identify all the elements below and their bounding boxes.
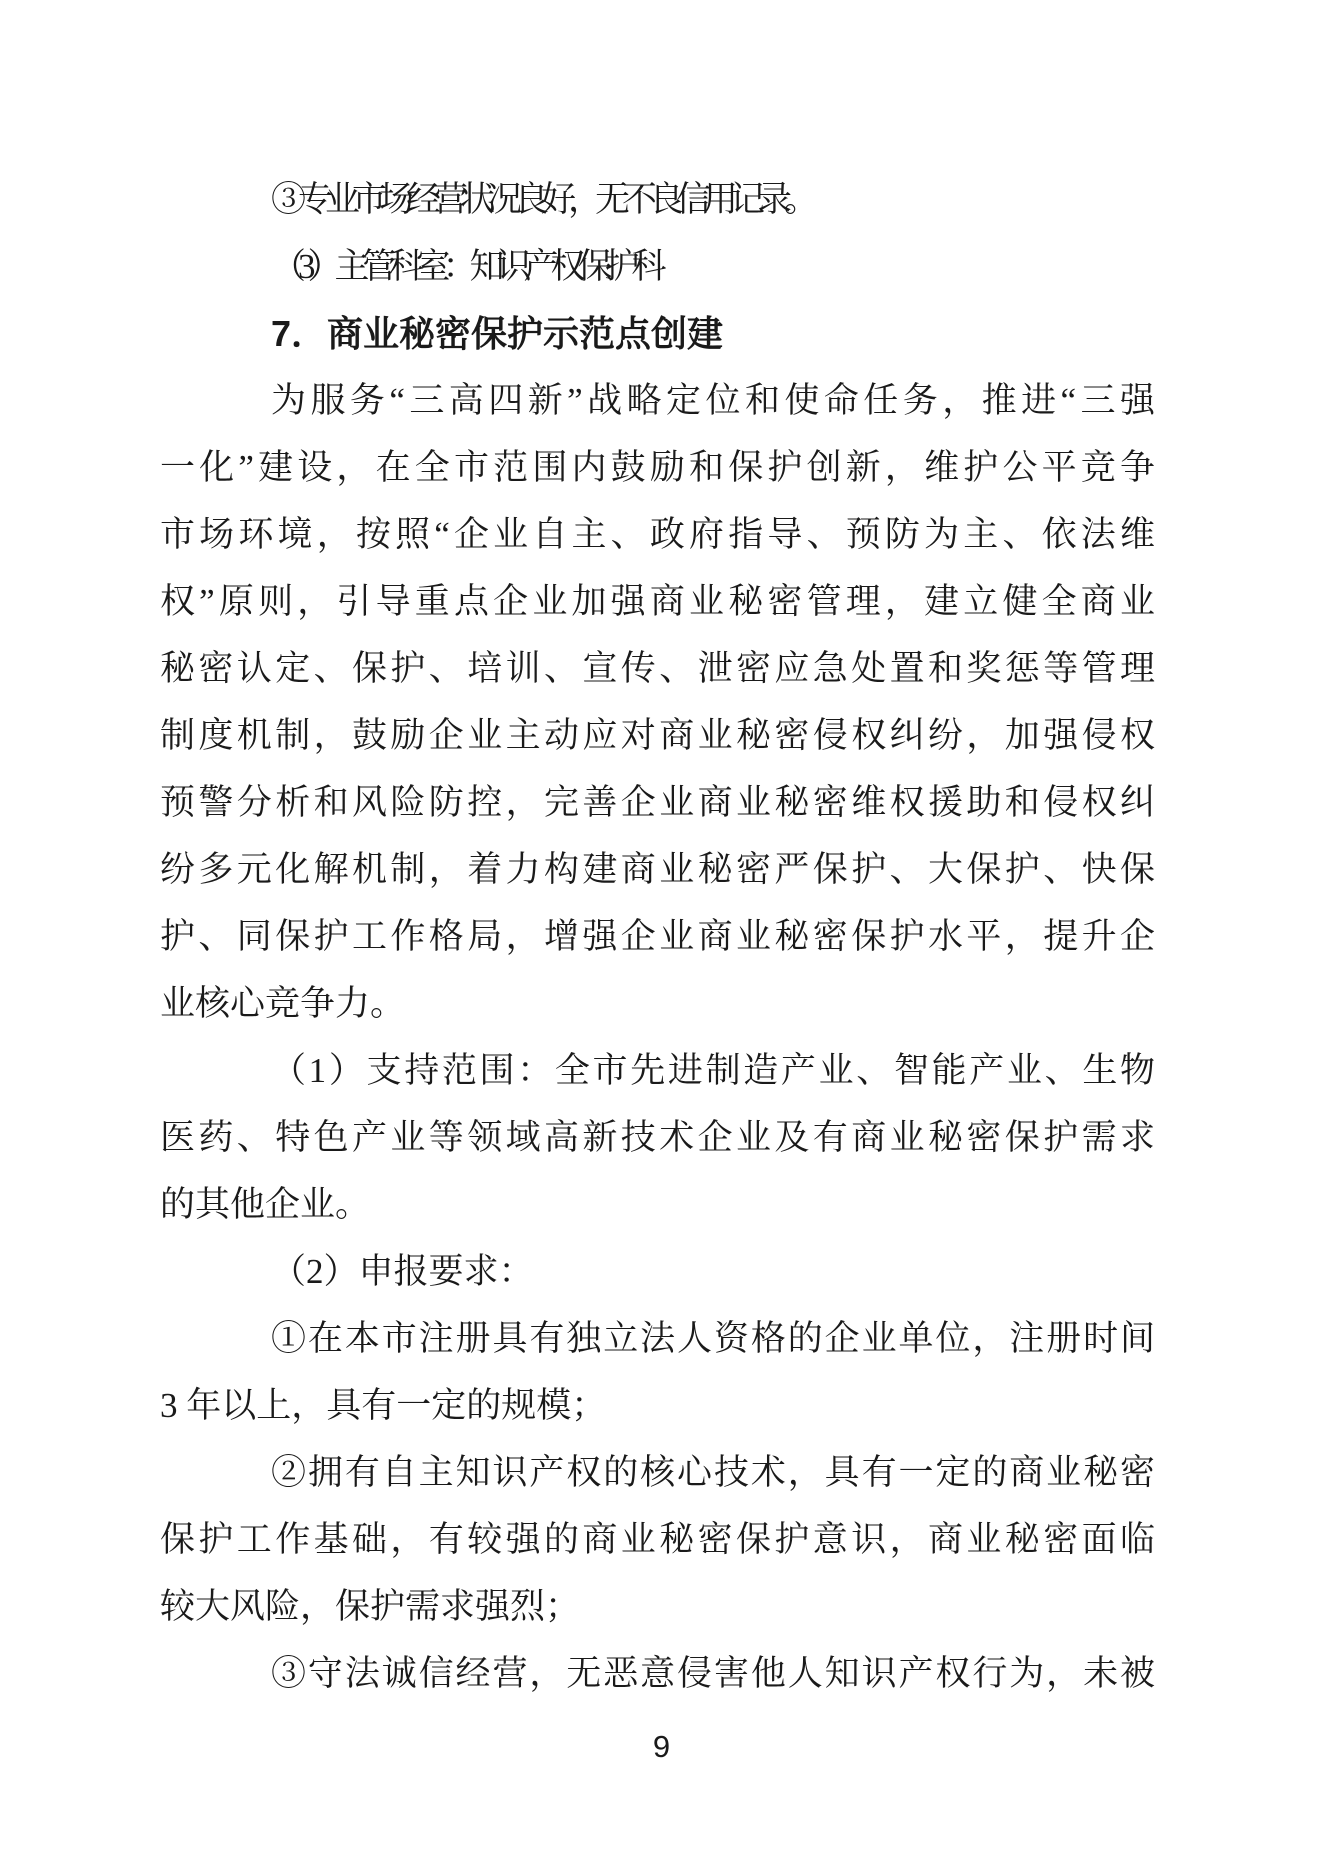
- text-line: ②拥有自主知识产权的核心技术，具有一定的商业秘密: [160, 1439, 1155, 1506]
- text-line: 秘密认定、保护、培训、宣传、泄密应急处置和奖惩等管理: [160, 635, 1155, 702]
- text-line: 市场环境，按照“企业自主、政府指导、预防为主、依法维: [160, 501, 1155, 568]
- text-line: 制度机制，鼓励企业主动应对商业秘密侵权纠纷，加强侵权: [160, 702, 1155, 769]
- section-heading: 7．商业秘密保护示范点创建: [160, 300, 1155, 367]
- document-page: ③专业市场经营状况良好，无不良信用记录。 （3）主管科室：知识产权保护科 7．商…: [0, 0, 1323, 1871]
- page-number: 9: [0, 1722, 1323, 1772]
- text-line: 医药、特色产业等领域高新技术企业及有商业秘密保护需求: [160, 1104, 1155, 1171]
- text-line: （3）主管科室：知识产权保护科: [160, 233, 1155, 300]
- text-line: ③守法诚信经营，无恶意侵害他人知识产权行为，未被: [160, 1640, 1155, 1707]
- text-line: 权”原则，引导重点企业加强商业秘密管理，建立健全商业: [160, 568, 1155, 635]
- text-line: 预警分析和风险防控，完善企业商业秘密维权援助和侵权纠: [160, 769, 1155, 836]
- text-line: 纷多元化解机制，着力构建商业秘密严保护、大保护、快保: [160, 836, 1155, 903]
- text-line: 一化”建设，在全市范围内鼓励和保护创新，维护公平竞争: [160, 434, 1155, 501]
- text-line: ①在本市注册具有独立法人资格的企业单位，注册时间: [160, 1305, 1155, 1372]
- text-line: 业核心竞争力。: [160, 970, 1155, 1037]
- text-line: （2）申报要求：: [160, 1238, 1155, 1305]
- document-body: ③专业市场经营状况良好，无不良信用记录。 （3）主管科室：知识产权保护科 7．商…: [160, 166, 1155, 1707]
- text-line: 护、同保护工作格局，增强企业商业秘密保护水平，提升企: [160, 903, 1155, 970]
- text-line: 为服务“三高四新”战略定位和使命任务，推进“三强: [160, 367, 1155, 434]
- text-line: 3 年以上，具有一定的规模；: [160, 1372, 1155, 1439]
- text-line: 较大风险，保护需求强烈；: [160, 1573, 1155, 1640]
- text-line: 的其他企业。: [160, 1171, 1155, 1238]
- text-line: （1）支持范围：全市先进制造产业、智能产业、生物: [160, 1037, 1155, 1104]
- text-line: ③专业市场经营状况良好，无不良信用记录。: [160, 166, 1155, 233]
- text-line: 保护工作基础，有较强的商业秘密保护意识，商业秘密面临: [160, 1506, 1155, 1573]
